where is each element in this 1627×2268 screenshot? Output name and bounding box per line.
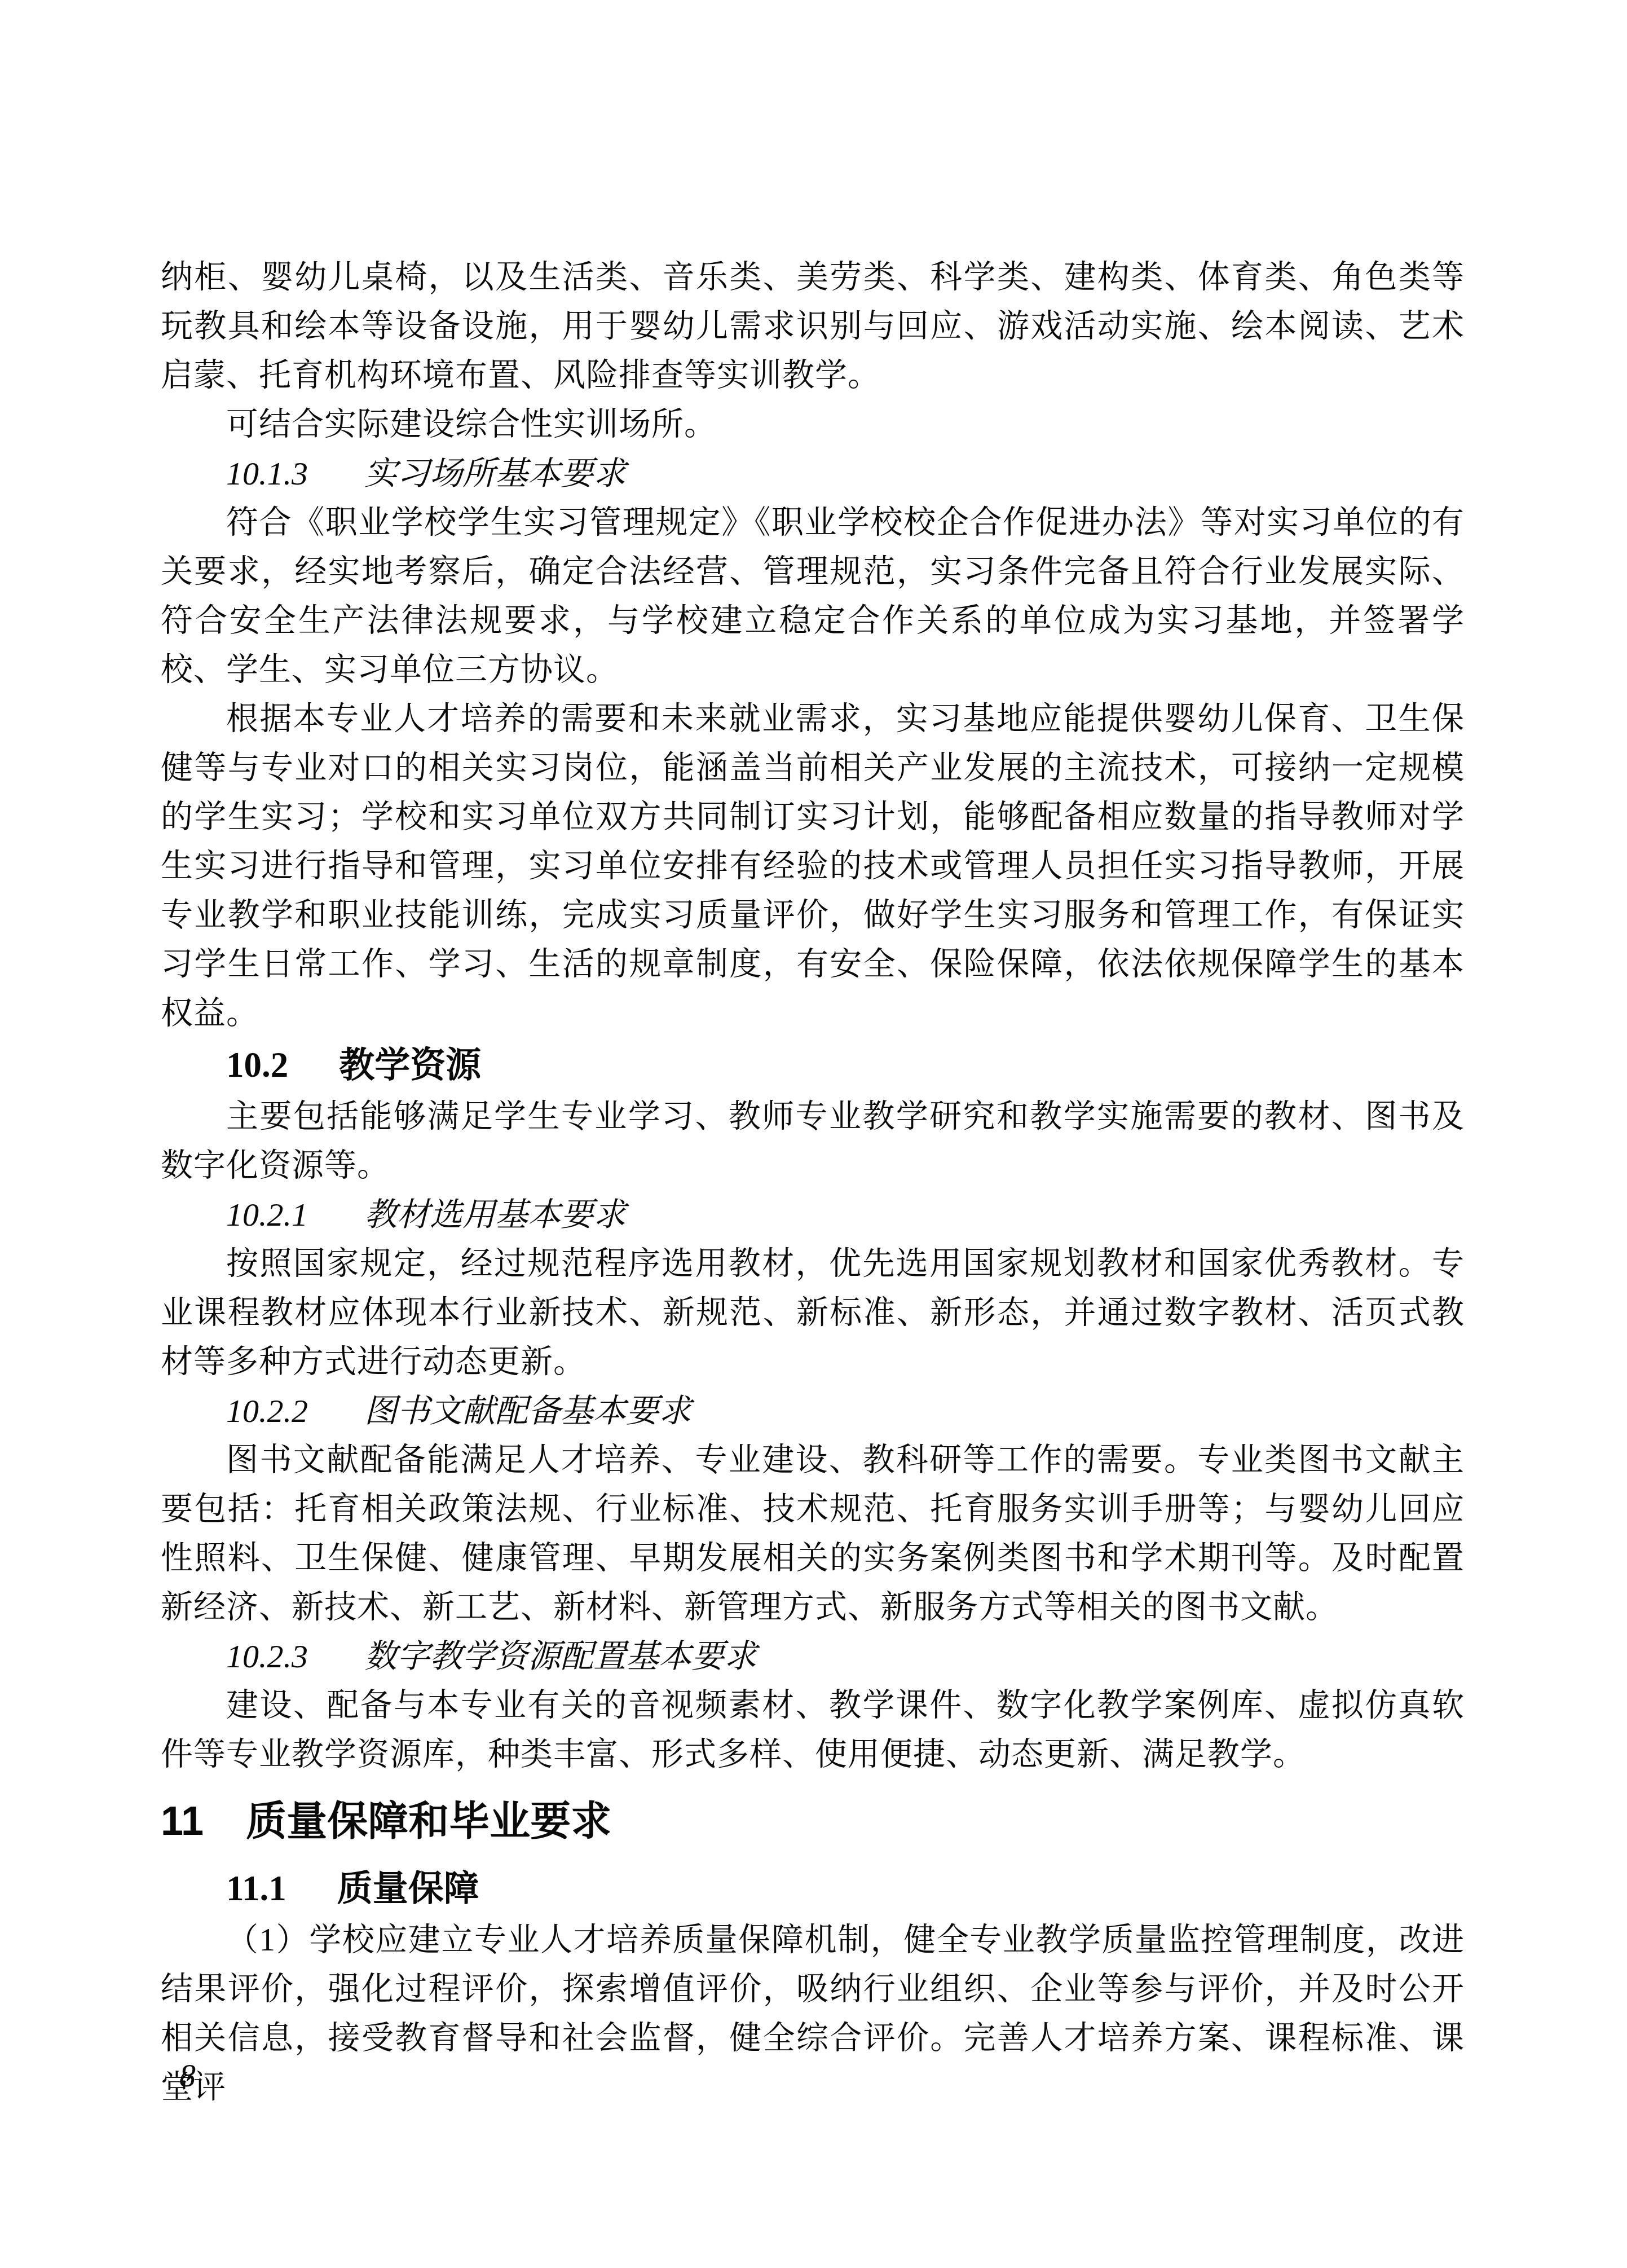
paragraph: 建设、配备与本专业有关的音视频素材、教学课件、数字化教学案例库、虚拟仿真软件等专… [161,1681,1465,1779]
paragraph: （1）学校应建立专业人才培养质量保障机制，健全专业教学质量监控管理制度，改进结果… [161,1915,1465,2112]
heading-title: 质量保障和毕业要求 [246,1799,611,1844]
chapter-heading-11: 11质量保障和毕业要求 [161,1787,1465,1856]
heading-title: 实习场所基本要求 [364,455,626,492]
subsection-heading-10-2-1: 10.2.1教材选用基本要求 [226,1190,1465,1239]
paragraph: 图书文献配备能满足人才培养、专业建设、教科研等工作的需要。专业类图书文献主要包括… [161,1435,1465,1632]
paragraph: 主要包括能够满足学生专业学习、教师专业教学研究和教学实施需要的教材、图书及数字化… [161,1092,1465,1190]
paragraph: 按照国家规定，经过规范程序选用教材，优先选用国家规划教材和国家优秀教材。专业课程… [161,1239,1465,1386]
heading-title: 质量保障 [337,1869,479,1908]
subsection-heading-10-1-3: 10.1.3实习场所基本要求 [226,449,1465,498]
heading-number: 10.2.3 [226,1638,308,1675]
heading-number: 11 [161,1799,204,1844]
heading-title: 教材选用基本要求 [364,1196,626,1233]
heading-number: 11.1 [226,1869,286,1908]
heading-number: 10.2.2 [226,1393,308,1429]
heading-title: 教学资源 [339,1045,481,1085]
paragraph: 可结合实际建设综合性实训场所。 [161,400,1465,449]
document-page: 纳柜、婴幼儿桌椅，以及生活类、音乐类、美劳类、科学类、建构类、体育类、角色类等玩… [0,0,1627,2268]
paragraph: 根据本专业人才培养的需要和未来就业需求，实习基地应能提供婴幼儿保育、卫生保健等与… [161,694,1465,1038]
section-heading-10-2: 10.2教学资源 [226,1038,1465,1092]
paragraph-continuation: 纳柜、婴幼儿桌椅，以及生活类、音乐类、美劳类、科学类、建构类、体育类、角色类等玩… [161,253,1465,400]
page-number: 8 [179,2056,196,2095]
heading-number: 10.2.1 [226,1196,308,1233]
section-heading-11-1: 11.1质量保障 [226,1861,1465,1915]
heading-title: 数字教学资源配置基本要求 [364,1638,757,1675]
heading-number: 10.1.3 [226,455,308,492]
subsection-heading-10-2-3: 10.2.3数字教学资源配置基本要求 [226,1632,1465,1681]
heading-title: 图书文献配备基本要求 [364,1393,691,1429]
paragraph: 符合《职业学校学生实习管理规定》《职业学校校企合作促进办法》等对实习单位的有关要… [161,498,1465,694]
heading-number: 10.2 [226,1045,288,1085]
subsection-heading-10-2-2: 10.2.2图书文献配备基本要求 [226,1386,1465,1435]
